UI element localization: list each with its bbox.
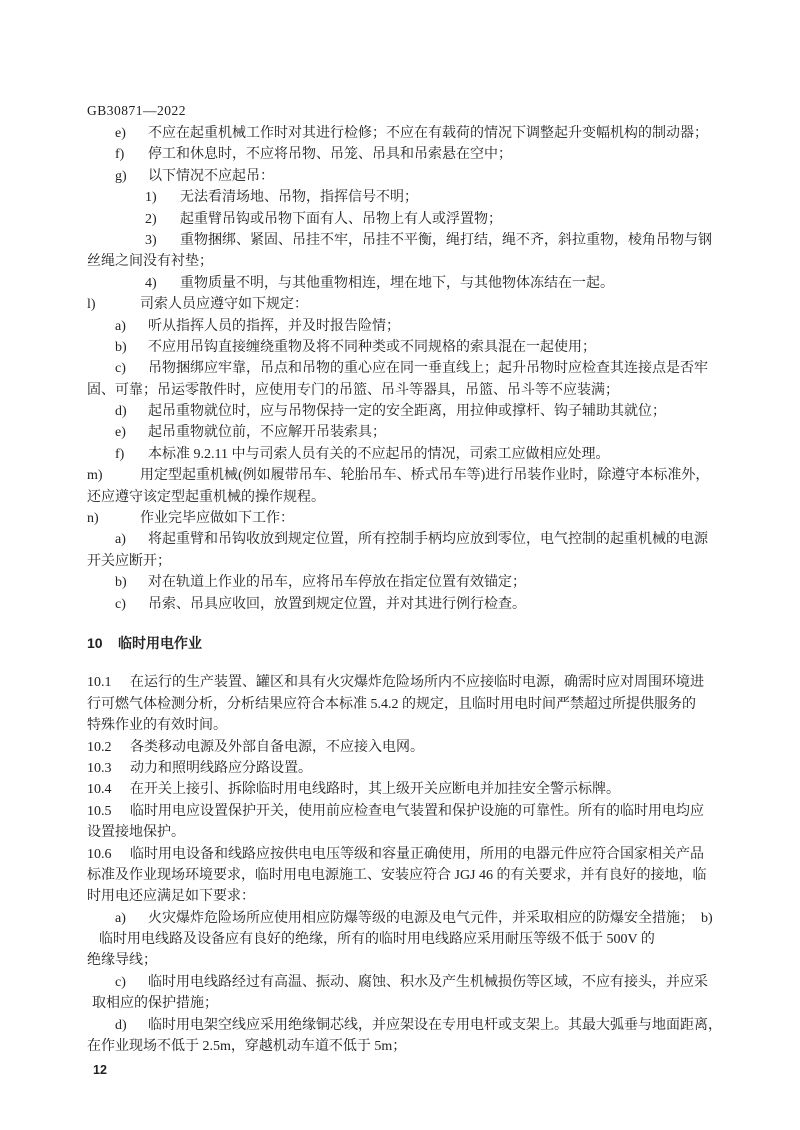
- line-text: 不应在起重机械工作时对其进行检修；不应在有载荷的情况下调整起升变幅机构的制动器；: [148, 123, 732, 144]
- line-text: 还应遵守该定型起重机械的操作规程。: [87, 487, 732, 508]
- text-line: 10.3动力和照明线路应分路设置。: [87, 758, 732, 779]
- list-item-label: a): [115, 316, 148, 337]
- text-line: d)起吊重物就位时，应与吊物保持一定的安全距离，用拉伸或撑杆、钩子辅助其就位；: [87, 401, 732, 422]
- text-line: 3)重物捆绑、紧固、吊挂不牢，吊挂不平衡，绳打结，绳不齐，斜拉重物，棱角吊物与钢: [87, 230, 732, 251]
- text-line: 时用电还应满足如下要求：: [87, 886, 732, 907]
- text-line: 固、可靠；吊运零散件时，应使用专门的吊篮、吊斗等器具，吊篮、吊斗等不应装满；: [87, 380, 732, 401]
- line-text: 火灾爆炸危险场所应使用相应防爆等级的电源及电气元件，并采取相应的防爆安全措施； …: [148, 908, 732, 929]
- line-text: 无法看清场地、吊物，指挥信号不明；: [180, 187, 732, 208]
- line-text: 听从指挥人员的指挥，并及时报告险情；: [148, 316, 732, 337]
- list-item-label: f): [115, 144, 148, 165]
- text-line: e)起吊重物就位前，不应解开吊装索具；: [87, 422, 732, 443]
- list-item-label: d): [115, 401, 148, 422]
- line-text: 临时用电线路及设备应有良好的绝缘，所有的临时用电线路应采用耐压等级不低于 500…: [99, 929, 732, 950]
- section-number: 10: [87, 633, 118, 654]
- line-text: 用定型起重机械(例如履带吊车、轮胎吊车、桥式吊车等)进行吊装作业时，除遵守本标准…: [140, 465, 732, 486]
- line-text: 在开关上接引、拆除临时用电线路时，其上级开关应断电并加挂安全警示标牌。: [130, 779, 732, 800]
- line-text: 在作业现场不低于 2.5m，穿越机动车道不低于 5m；: [87, 1036, 732, 1057]
- line-text: 吊索、吊具应收回，放置到规定位置，并对其进行例行检查。: [148, 594, 732, 615]
- line-text: 开关应断开；: [87, 551, 732, 572]
- list-item-label: b): [115, 572, 148, 593]
- clause-number: 10.3: [87, 758, 130, 779]
- text-line: a)将起重臂和吊钩收放到规定位置，所有控制手柄均应放到零位，电气控制的起重机械的…: [87, 529, 732, 550]
- list-item-label: m): [87, 465, 140, 486]
- list-item-label: 4): [145, 273, 180, 294]
- line-text: 起吊重物就位前，不应解开吊装索具；: [148, 422, 732, 443]
- list-item-label: c): [115, 358, 148, 379]
- clause-number: 10.5: [87, 801, 130, 822]
- text-line: a)听从指挥人员的指挥，并及时报告险情；: [87, 316, 732, 337]
- text-line: g)以下情况不应起吊：: [87, 166, 732, 187]
- text-line: 特殊作业的有效时间。: [87, 715, 732, 736]
- text-line: c)吊物捆绑应牢靠，吊点和吊物的重心应在同一垂直线上；起升吊物时应检查其连接点是…: [87, 358, 732, 379]
- list-item-label: b): [115, 337, 148, 358]
- line-text: 作业完毕应做如下工作：: [140, 508, 732, 529]
- line-text: 临时用电架空线应采用绝缘铜芯线，并应架设在专用电杆或支架上。其最大弧垂与地面距离…: [148, 1015, 732, 1036]
- clause-number: 10.6: [87, 844, 130, 865]
- line-text: 临时用电设备和线路应按供电电压等级和容量正确使用，所用的电器元件应符合国家相关产…: [130, 844, 732, 865]
- text-line: 绝缘导线；: [87, 950, 732, 971]
- line-text: 临时用电应设置保护开关，使用前应检查电气装置和保护设施的可靠性。所有的临时用电均…: [130, 801, 732, 822]
- text-line: 标准及作业现场环境要求，临时用电电源施工、安装应符合 JGJ 46 的有关要求，…: [87, 865, 732, 886]
- line-text: 起吊重物就位时，应与吊物保持一定的安全距离，用拉伸或撑杆、钩子辅助其就位；: [148, 401, 732, 422]
- standard-number: GB30871—2022: [87, 99, 732, 123]
- line-text: 以下情况不应起吊：: [148, 166, 732, 187]
- text-line: 10.4在开关上接引、拆除临时用电线路时，其上级开关应断电并加挂安全警示标牌。: [87, 779, 732, 800]
- text-line: 临时用电线路及设备应有良好的绝缘，所有的临时用电线路应采用耐压等级不低于 500…: [87, 929, 732, 950]
- clause-number: 10.2: [87, 737, 130, 758]
- text-line: 行可燃气体检测分析，分析结果应符合本标准 5.4.2 的规定，且临时用电时间严禁…: [87, 694, 732, 715]
- line-text: 行可燃气体检测分析，分析结果应符合本标准 5.4.2 的规定，且临时用电时间严禁…: [87, 694, 732, 715]
- text-line: 在作业现场不低于 2.5m，穿越机动车道不低于 5m；: [87, 1036, 732, 1057]
- section-heading: 10临时用电作业: [87, 633, 732, 654]
- line-text: 停工和休息时，不应将吊物、吊笼、吊具和吊索悬在空中；: [148, 144, 732, 165]
- list-item-label: f): [115, 444, 148, 465]
- line-text: 动力和照明线路应分路设置。: [130, 758, 732, 779]
- text-line: 开关应断开；: [87, 551, 732, 572]
- list-item-label: 2): [145, 209, 180, 230]
- line-text: 司索人员应遵守如下规定：: [140, 294, 732, 315]
- line-text: 本标准 9.2.11 中与司索人员有关的不应起吊的情况，司索工应做相应处理。: [148, 444, 732, 465]
- text-line: c)临时用电线路经过有高温、振动、腐蚀、积水及产生机械损伤等区域，不应有接头，并…: [87, 972, 732, 993]
- text-line: 10.5临时用电应设置保护开关，使用前应检查电气装置和保护设施的可靠性。所有的临…: [87, 801, 732, 822]
- line-text: 不应用吊钩直接缠绕重物及将不同种类或不同规格的索具混在一起使用；: [148, 337, 732, 358]
- text-line: e)不应在起重机械工作时对其进行检修；不应在有载荷的情况下调整起升变幅机构的制动…: [87, 123, 732, 144]
- text-line: l)司索人员应遵守如下规定：: [87, 294, 732, 315]
- list-item-label: a): [115, 529, 148, 550]
- list-item-label: e): [115, 123, 148, 144]
- clause-number: 10.4: [87, 779, 130, 800]
- line-text: 绝缘导线；: [87, 950, 732, 971]
- text-line: n)作业完毕应做如下工作：: [87, 508, 732, 529]
- line-text: 重物捆绑、紧固、吊挂不牢，吊挂不平衡，绳打结，绳不齐，斜拉重物，棱角吊物与钢: [180, 230, 732, 251]
- list-item-label: 1): [145, 187, 180, 208]
- text-line: 1)无法看清场地、吊物，指挥信号不明；: [87, 187, 732, 208]
- list-item-label: c): [115, 972, 148, 993]
- text-line: 10.6临时用电设备和线路应按供电电压等级和容量正确使用，所用的电器元件应符合国…: [87, 844, 732, 865]
- line-text: 临时用电线路经过有高温、振动、腐蚀、积水及产生机械损伤等区域，不应有接头，并应采: [148, 972, 732, 993]
- vertical-spacer: [87, 654, 732, 672]
- line-text: 设置接地保护。: [87, 822, 732, 843]
- line-text: 将起重臂和吊钩收放到规定位置，所有控制手柄均应放到零位，电气控制的起重机械的电源: [148, 529, 732, 550]
- text-line: b)不应用吊钩直接缠绕重物及将不同种类或不同规格的索具混在一起使用；: [87, 337, 732, 358]
- list-item-label: n): [87, 508, 140, 529]
- line-text: 起重臂吊钩或吊物下面有人、吊物上有人或浮置物；: [180, 209, 732, 230]
- line-text: 在运行的生产装置、罐区和具有火灾爆炸危险场所内不应接临时电源，确需时应对周围环境…: [130, 672, 732, 693]
- text-line: f)停工和休息时，不应将吊物、吊笼、吊具和吊索悬在空中；: [87, 144, 732, 165]
- text-line: 10.2各类移动电源及外部自备电源，不应接入电网。: [87, 737, 732, 758]
- text-line: a)火灾爆炸危险场所应使用相应防爆等级的电源及电气元件，并采取相应的防爆安全措施…: [87, 908, 732, 929]
- text-line: 10.1在运行的生产装置、罐区和具有火灾爆炸危险场所内不应接临时电源，确需时应对…: [87, 672, 732, 693]
- text-line: b)对在轨道上作业的吊车，应将吊车停放在指定位置有效锚定；: [87, 572, 732, 593]
- text-line: f)本标准 9.2.11 中与司索人员有关的不应起吊的情况，司索工应做相应处理。: [87, 444, 732, 465]
- line-text: 固、可靠；吊运零散件时，应使用专门的吊篮、吊斗等器具，吊篮、吊斗等不应装满；: [87, 380, 732, 401]
- line-text: 各类移动电源及外部自备电源，不应接入电网。: [130, 737, 732, 758]
- vertical-spacer: [87, 615, 732, 633]
- line-text: 标准及作业现场环境要求，临时用电电源施工、安装应符合 JGJ 46 的有关要求，…: [87, 865, 732, 886]
- line-text: 特殊作业的有效时间。: [87, 715, 732, 736]
- line-text: 吊物捆绑应牢靠，吊点和吊物的重心应在同一垂直线上；起升吊物时应检查其连接点是否牢: [148, 358, 732, 379]
- list-item-label: l): [87, 294, 140, 315]
- text-line: 4)重物质量不明，与其他重物相连，埋在地下，与其他物体冻结在一起。: [87, 273, 732, 294]
- line-text: 时用电还应满足如下要求：: [87, 886, 732, 907]
- text-line: 还应遵守该定型起重机械的操作规程。: [87, 487, 732, 508]
- list-item-label: d): [115, 1015, 148, 1036]
- document-page: GB30871—2022 e)不应在起重机械工作时对其进行检修；不应在有载荷的情…: [0, 0, 800, 1130]
- text-line: 2)起重臂吊钩或吊物下面有人、吊物上有人或浮置物；: [87, 209, 732, 230]
- list-item-label: g): [115, 166, 148, 187]
- text-line: m)用定型起重机械(例如履带吊车、轮胎吊车、桥式吊车等)进行吊装作业时，除遵守本…: [87, 465, 732, 486]
- list-item-label: c): [115, 594, 148, 615]
- line-text: 对在轨道上作业的吊车，应将吊车停放在指定位置有效锚定；: [148, 572, 732, 593]
- text-line: 丝绳之间没有衬垫；: [87, 251, 732, 272]
- text-line: c)吊索、吊具应收回，放置到规定位置，并对其进行例行检查。: [87, 594, 732, 615]
- list-item-label: 3): [145, 230, 180, 251]
- page-number: 12: [87, 1061, 732, 1079]
- list-item-label: a): [115, 908, 148, 929]
- text-line: d)临时用电架空线应采用绝缘铜芯线，并应架设在专用电杆或支架上。其最大弧垂与地面…: [87, 1015, 732, 1036]
- section-title: 临时用电作业: [118, 633, 732, 654]
- text-line: 取相应的保护措施；: [87, 993, 732, 1014]
- line-text: 重物质量不明，与其他重物相连，埋在地下，与其他物体冻结在一起。: [180, 273, 732, 294]
- list-item-label: e): [115, 422, 148, 443]
- text-line: 设置接地保护。: [87, 822, 732, 843]
- page-content: GB30871—2022 e)不应在起重机械工作时对其进行检修；不应在有载荷的情…: [87, 99, 732, 1079]
- line-text: 取相应的保护措施；: [92, 993, 732, 1014]
- line-text: 丝绳之间没有衬垫；: [87, 251, 732, 272]
- clause-number: 10.1: [87, 672, 130, 693]
